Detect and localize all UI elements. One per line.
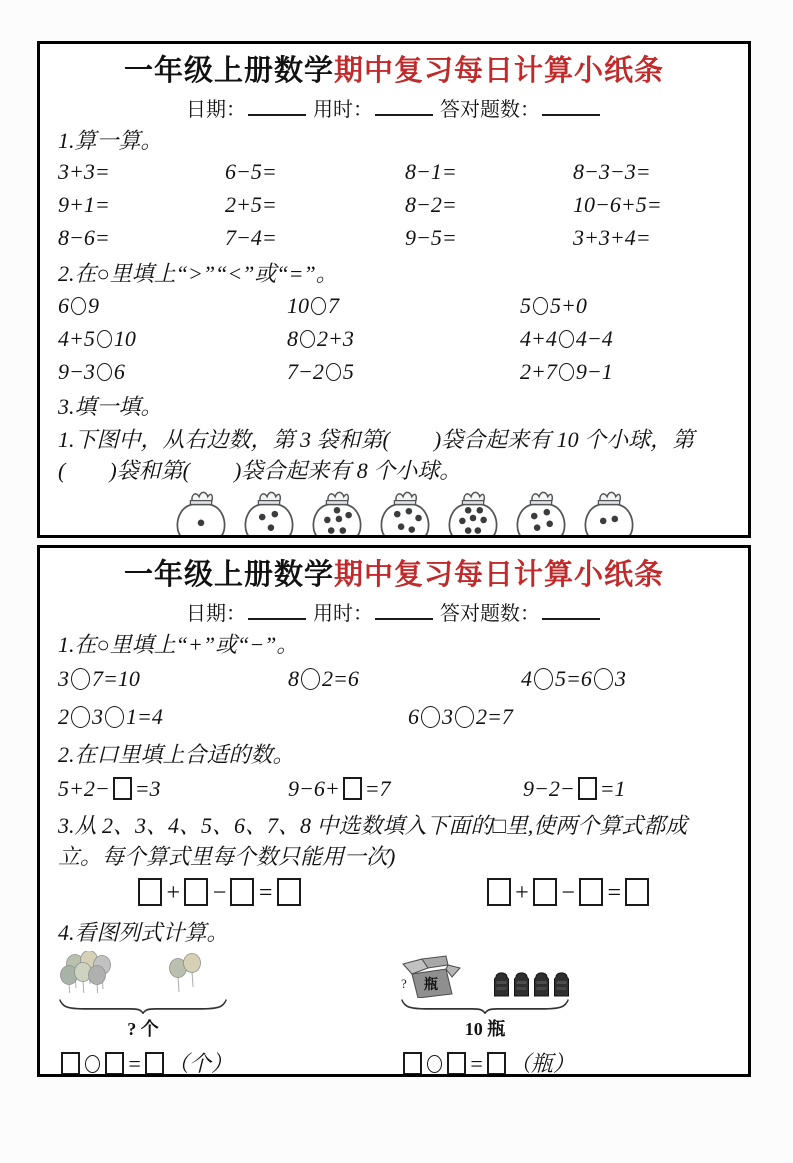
operator-circle	[594, 668, 613, 690]
equation-row: 3+3=6−5=8−1=8−3−3=	[58, 156, 730, 189]
score-label: 答对题数：	[440, 603, 540, 625]
underbrace-icon	[58, 998, 228, 1014]
equation: 82=6	[288, 666, 521, 692]
date-label: 日期：	[186, 99, 246, 121]
date-blank	[248, 99, 306, 116]
underbrace-icon	[400, 998, 570, 1014]
meta-line: 日期： 用时： 答对题数：	[58, 597, 730, 626]
equation: 2+5=	[225, 192, 405, 218]
operator-circle	[534, 668, 553, 690]
ball-bag-icon	[442, 489, 504, 538]
answer-box	[184, 878, 208, 906]
operator-circle	[85, 1055, 100, 1073]
equation: 10−6+5=	[573, 192, 662, 218]
equation: 8−3−3=	[573, 159, 651, 185]
equation: 8−2=	[405, 192, 573, 218]
operator-circle	[105, 706, 124, 728]
answer-box	[625, 878, 649, 906]
answer-box	[403, 1052, 422, 1075]
equation-row: 37=1082=645=63	[58, 660, 730, 698]
operator-circle	[71, 297, 86, 315]
bottle-icon	[532, 970, 551, 998]
equation: 5+2−=3	[58, 776, 288, 802]
bottle-icon	[492, 970, 511, 998]
open-box-icon: ? 瓶	[400, 952, 462, 998]
q1-grid-row2: 231=4632=7	[58, 698, 730, 736]
answer-box	[578, 777, 597, 800]
time-blank	[375, 603, 433, 620]
time-label: 用时：	[313, 99, 373, 121]
answer-box	[487, 1052, 506, 1075]
date-blank	[248, 603, 306, 620]
ball-bag-icon	[374, 489, 436, 538]
score-blank	[542, 603, 600, 620]
equation: 7−4=	[225, 225, 405, 251]
date-label: 日期：	[186, 603, 246, 625]
equation: 3+3=	[58, 159, 225, 185]
equation-row: 6910755+0	[58, 289, 730, 322]
equation: 9+1=	[58, 192, 225, 218]
time-label: 用时：	[313, 603, 373, 625]
q3-text: 1.下图中，从右边数，第 3 袋和第( )袋合起来有 10 个小球，第( )袋和…	[58, 425, 730, 486]
equation: 2+79−1	[520, 359, 613, 385]
q3-header: 3.从 2、3、4、5、6、7、8 中选数填入下面的□里,使两个算式都成立。每个…	[58, 811, 730, 872]
equation: 45=63	[521, 666, 626, 692]
box-equation-right: +−=	[484, 878, 653, 907]
page-title: 一年级上册数学期中复习每日计算小纸条	[58, 557, 730, 595]
equation-row: 8−6=7−4=9−5=3+3+4=	[58, 222, 730, 255]
answer-box	[145, 1052, 164, 1075]
equation: 231=4	[58, 704, 408, 730]
answer-box	[105, 1052, 124, 1075]
equation: 9−36	[58, 359, 287, 385]
time-blank	[375, 99, 433, 116]
operator-circle	[97, 363, 112, 381]
operator-circle	[421, 706, 440, 728]
balloons-figure: ? 个 =（个）	[58, 952, 248, 1077]
balloons-count-label: ? 个	[58, 1015, 228, 1041]
answer-box	[61, 1052, 80, 1075]
q3-header: 3.填一填。	[58, 391, 730, 422]
equation: 69	[58, 293, 287, 319]
equation: 7−25	[287, 359, 520, 385]
operator-circle	[71, 706, 90, 728]
equation: 9−5=	[405, 225, 573, 251]
equation: 55+0	[520, 293, 587, 319]
ball-bag-icon	[306, 489, 368, 538]
answer-box	[343, 777, 362, 800]
answer-box	[487, 878, 511, 906]
answer-box	[447, 1052, 466, 1075]
title-black: 一年级上册数学	[124, 559, 334, 591]
equation-row: 4+51082+34+44−4	[58, 322, 730, 355]
equation: 632=7	[408, 704, 513, 730]
answer-box	[230, 878, 254, 906]
equation: 107	[287, 293, 520, 319]
operator-circle	[326, 363, 341, 381]
bottle-icon	[512, 970, 531, 998]
equation: 8−1=	[405, 159, 573, 185]
operator-circle	[301, 668, 320, 690]
equation: 6−5=	[225, 159, 405, 185]
q2-grid: 6910755+04+51082+34+44−49−367−252+79−1	[58, 289, 730, 388]
balloons-equation: =（个）	[58, 1047, 248, 1077]
equation: 4+44−4	[520, 326, 613, 352]
q4-figures: ? 个 =（个） ? 瓶 10 瓶 =（瓶）	[58, 952, 730, 1077]
equation: 9−2−=1	[523, 776, 626, 802]
score-label: 答对题数：	[440, 99, 540, 121]
equation: 3+3+4=	[573, 225, 651, 251]
ball-bag-icon	[578, 489, 640, 538]
operator-circle	[71, 668, 90, 690]
ball-bag-icon	[238, 489, 300, 538]
ball-bag-icon	[170, 489, 232, 538]
meta-line: 日期： 用时： 答对题数：	[58, 93, 730, 122]
operator-circle	[300, 330, 315, 348]
box-bottle-label: 瓶	[424, 976, 438, 993]
operator-circle	[533, 297, 548, 315]
score-blank	[542, 99, 600, 116]
balloons-art	[58, 952, 248, 998]
operator-circle	[427, 1055, 442, 1073]
q3-equations: +−= +−=	[58, 872, 730, 914]
operator-circle	[311, 297, 326, 315]
equation-row: 9−367−252+79−1	[58, 355, 730, 388]
q1-grid-row1: 37=1082=645=63	[58, 660, 730, 698]
operator-circle	[97, 330, 112, 348]
ball-bag-icon	[510, 489, 572, 538]
q1-header: 1.算一算。	[58, 125, 730, 156]
q2-grid: 5+2−=39−6+=79−2−=1	[58, 770, 730, 808]
title-red: 期中复习每日计算小纸条	[334, 55, 664, 87]
equation: 4+510	[58, 326, 287, 352]
q2-header: 2.在○里填上“>”“<”或“=”。	[58, 258, 730, 289]
worksheet-slip-1: 一年级上册数学期中复习每日计算小纸条 日期： 用时： 答对题数： 1.算一算。 …	[37, 41, 751, 538]
balloon-cluster-icon	[58, 951, 116, 998]
equation: 9−6+=7	[288, 776, 523, 802]
ball-bags-figure	[170, 489, 730, 538]
operator-circle	[559, 330, 574, 348]
bottles-count-label: 10 瓶	[400, 1015, 570, 1041]
operator-circle	[455, 706, 474, 728]
q1-header: 1.在○里填上“+”或“−”。	[58, 629, 730, 660]
equation-row: 5+2−=39−6+=79−2−=1	[58, 770, 730, 808]
equation: 37=10	[58, 666, 288, 692]
title-black: 一年级上册数学	[124, 55, 334, 87]
page-title: 一年级上册数学期中复习每日计算小纸条	[58, 53, 730, 91]
equation-row: 9+1=2+5=8−2=10−6+5=	[58, 189, 730, 222]
answer-box	[113, 777, 132, 800]
box-equation-left: +−=	[135, 878, 304, 907]
q1-grid: 3+3=6−5=8−1=8−3−3=9+1=2+5=8−2=10−6+5=8−6…	[58, 156, 730, 255]
equation: 82+3	[287, 326, 520, 352]
balloon-pair-icon	[168, 951, 204, 998]
equation: 8−6=	[58, 225, 225, 251]
worksheet-slip-2: 一年级上册数学期中复习每日计算小纸条 日期： 用时： 答对题数： 1.在○里填上…	[37, 545, 751, 1077]
q4-header: 4.看图列式计算。	[58, 917, 730, 948]
equation-row: 231=4632=7	[58, 698, 730, 736]
answer-box	[277, 878, 301, 906]
box-question-label: ?	[401, 976, 407, 991]
q2-header: 2.在口里填上合适的数。	[58, 739, 730, 770]
bottles-art: ? 瓶	[400, 952, 600, 998]
bottle-icon	[552, 970, 571, 998]
operator-circle	[559, 363, 574, 381]
answer-box	[138, 878, 162, 906]
answer-box	[533, 878, 557, 906]
bottles-equation: =（瓶）	[400, 1047, 600, 1077]
bottles-icons	[492, 970, 571, 998]
bottles-figure: ? 瓶 10 瓶 =（瓶）	[400, 952, 600, 1077]
title-red: 期中复习每日计算小纸条	[334, 559, 664, 591]
answer-box	[579, 878, 603, 906]
